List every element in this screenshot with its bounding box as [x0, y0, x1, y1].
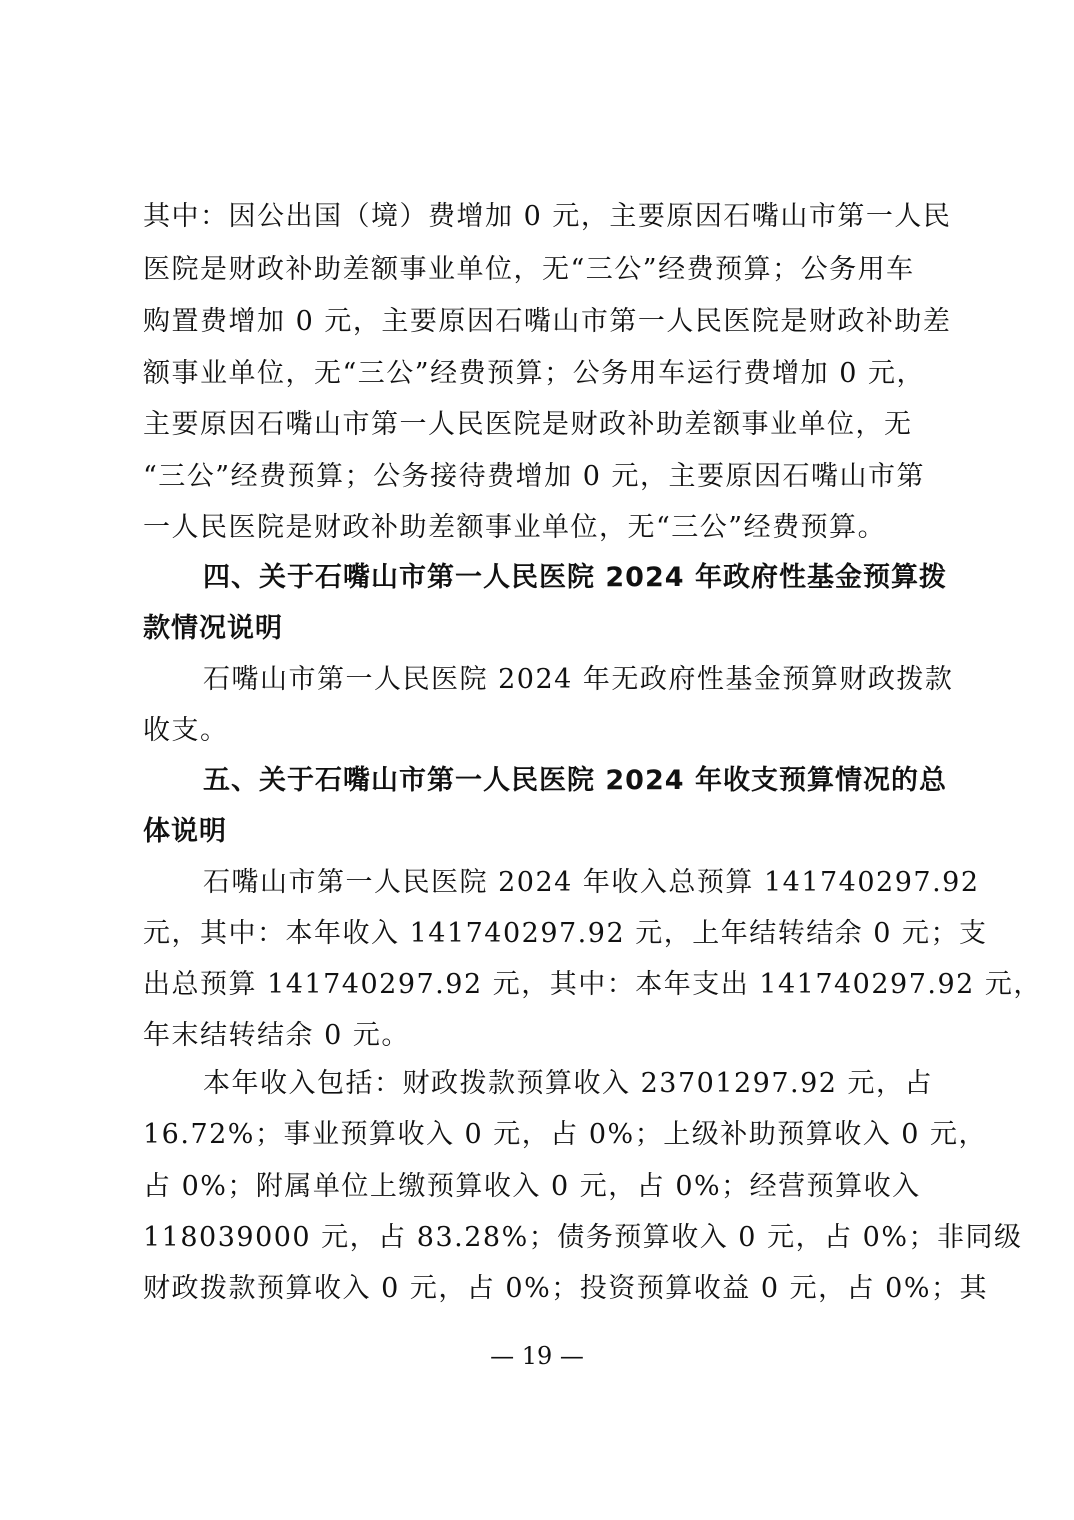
- document-page: 其中：因公出国（境）费增加 0 元，主要原因石嘴山市第一人民 医院是财政补助差额…: [0, 0, 1074, 1520]
- text-line: 购置费增加 0 元，主要原因石嘴山市第一人民医院是财政补助差: [143, 305, 943, 339]
- paragraph-line: 石嘴山市第一人民医院 2024 年收入总预算 141740297.92: [203, 866, 1003, 900]
- paragraph-line: 元，其中：本年收入 141740297.92 元，上年结转结余 0 元；支: [143, 917, 943, 951]
- text-line: 一人民医院是财政补助差额事业单位，无“三公”经费预算。: [143, 511, 943, 545]
- text-line: 额事业单位，无“三公”经费预算；公务用车运行费增加 0 元，: [143, 357, 943, 391]
- paragraph-line: 占 0%；附属单位上缴预算收入 0 元，占 0%；经营预算收入: [143, 1170, 943, 1204]
- section4-body-cont: 收支。: [143, 714, 943, 748]
- paragraph-line: 出总预算 141740297.92 元，其中：本年支出 141740297.92…: [143, 968, 943, 1002]
- section-heading-5-cont: 体说明: [143, 815, 943, 849]
- text-line: 医院是财政补助差额事业单位，无“三公”经费预算；公务用车: [143, 253, 943, 287]
- page-number: — 19 —: [0, 1342, 1074, 1370]
- section4-body: 石嘴山市第一人民医院 2024 年无政府性基金预算财政拨款: [203, 663, 1003, 697]
- text-line: 主要原因石嘴山市第一人民医院是财政补助差额事业单位，无: [143, 408, 943, 442]
- text-line: “三公”经费预算；公务接待费增加 0 元，主要原因石嘴山市第: [143, 460, 943, 494]
- text-line: 其中：因公出国（境）费增加 0 元，主要原因石嘴山市第一人民: [143, 200, 943, 234]
- paragraph-line: 年末结转结余 0 元。: [143, 1019, 943, 1053]
- section-heading-5: 五、关于石嘴山市第一人民医院 2024 年收支预算情况的总: [203, 764, 1003, 798]
- paragraph-line: 118039000 元，占 83.28%；债务预算收入 0 元，占 0%；非同级: [143, 1221, 943, 1255]
- section-heading-4-cont: 款情况说明: [143, 612, 943, 646]
- section-heading-4: 四、关于石嘴山市第一人民医院 2024 年政府性基金预算拨: [203, 561, 1003, 595]
- paragraph-line: 本年收入包括：财政拨款预算收入 23701297.92 元，占: [203, 1067, 1003, 1101]
- paragraph-line: 财政拨款预算收入 0 元，占 0%；投资预算收益 0 元，占 0%；其: [143, 1272, 943, 1306]
- paragraph-line: 16.72%；事业预算收入 0 元，占 0%；上级补助预算收入 0 元，: [143, 1118, 943, 1152]
